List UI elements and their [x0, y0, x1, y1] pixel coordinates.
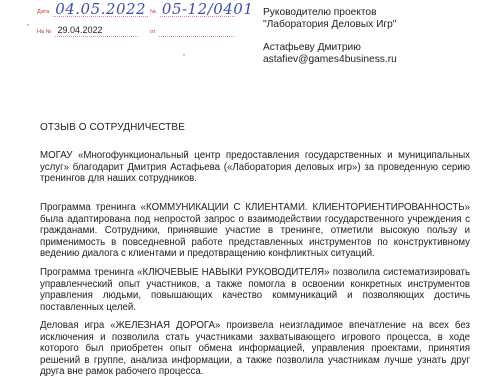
number-handwritten: 05-12/0401	[162, 2, 253, 17]
addressee-name: Астафьеву Дмитрию	[263, 42, 397, 54]
date-line: 04.05.2022	[53, 2, 148, 17]
date-field: Дата 04.05.2022	[37, 2, 148, 17]
paragraph-gratitude: МОГАУ «Многофункциональный центр предост…	[40, 150, 470, 185]
document-title: ОТЗЫВ О СОТРУДНИЧЕСТВЕ	[40, 122, 185, 133]
scan-speck	[27, 24, 29, 26]
addressee-position: Руководителю проектов	[263, 7, 397, 19]
ref-line: 29.04.2022	[55, 22, 138, 37]
scan-speck	[183, 54, 185, 56]
paragraph-leadership-training: Программа тренинга «КЛЮЧЕВЫЕ НАВЫКИ РУКО…	[40, 267, 470, 313]
addressee-email: astafiev@games4business.ru	[263, 54, 397, 66]
date-label: Дата	[37, 10, 49, 18]
ref-value: 29.04.2022	[57, 25, 102, 35]
ref-field: На № 29.04.2022	[37, 22, 138, 37]
paragraph-communications-training: Программа тренинга «КОММУНИКАЦИИ С КЛИЕН…	[40, 202, 470, 260]
number-line: 05-12/0401	[160, 2, 235, 17]
from-field: от	[150, 22, 234, 37]
number-label: №	[150, 10, 156, 18]
paragraph-railway-game: Деловая игра «ЖЕЛЕЗНАЯ ДОРОГА» произвела…	[40, 320, 470, 378]
number-field: № 05-12/0401	[150, 2, 235, 17]
from-line	[159, 22, 234, 37]
addressee-organization: "Лаборатория Деловых Игр"	[263, 19, 397, 31]
date-handwritten: 04.05.2022	[55, 2, 146, 17]
addressee-block: Руководителю проектов "Лаборатория Делов…	[263, 7, 397, 66]
ref-label: На №	[37, 30, 51, 38]
from-label: от	[150, 30, 155, 38]
